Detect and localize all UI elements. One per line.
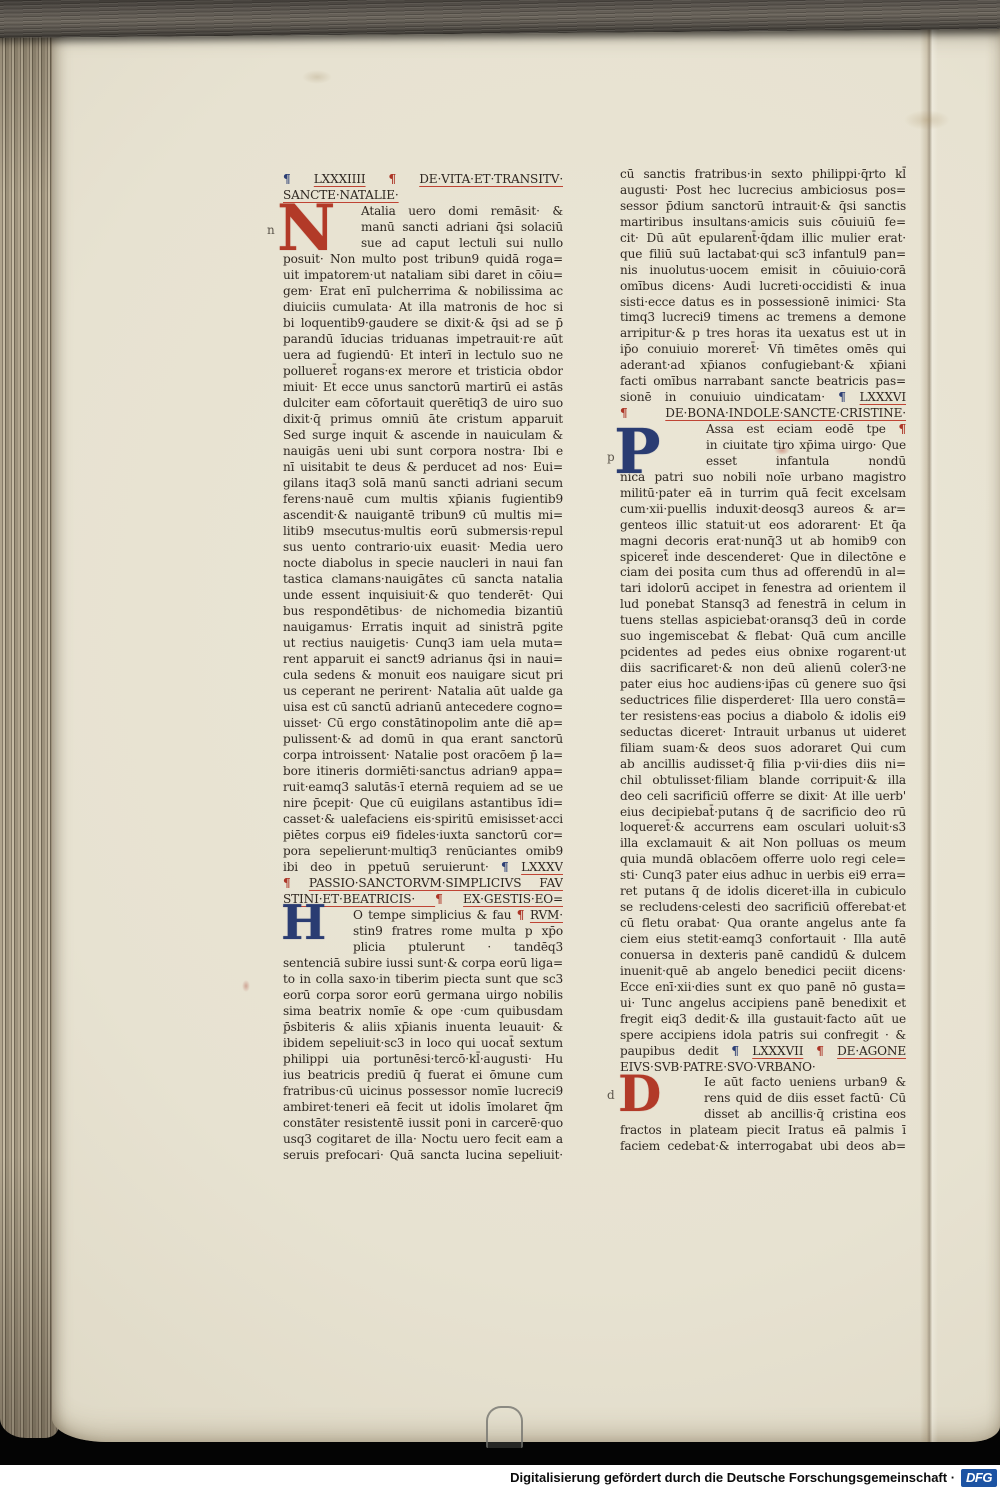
text-segment: fregit eiq3 dedit·& illa gustauit·facto …	[620, 1012, 906, 1026]
text-line: uisa est cū sanctū adrianū antecedere co…	[283, 699, 563, 715]
text-line: Sed surge inquit & ascende in nauiculam …	[283, 427, 563, 443]
text-segment: seruis prefocari· Quā sancta lucina sepe…	[283, 1148, 563, 1162]
text-line: martiribus insultans·amicis suis cōuiuiū…	[620, 214, 906, 230]
text-line: genteos illic statuit·ut eos adorarent· …	[620, 517, 906, 533]
text-segment: esset infantula nondū annorū·xii·u=	[706, 454, 906, 469]
text-segment: miuit· Et ecce unus sanctorū martirū ei …	[283, 380, 563, 394]
text-line: fregit eiq3 dedit·& illa gustauit·facto …	[620, 1011, 906, 1027]
text-line: ut rectius nauigetis· Cunq3 iam uela mut…	[283, 635, 563, 651]
text-segment: arripitur·& p tres horas ita uexatus est…	[620, 326, 906, 340]
text-line: spiceret̄ inde descenderet· Que in dilec…	[620, 549, 906, 565]
text-line: spere accipiens idola patris sui confreg…	[620, 1027, 906, 1043]
text-segment: spere accipiens idola patris sui confreg…	[620, 1028, 906, 1042]
text-segment: gilans itaq3 solā manū sancti adriani se…	[283, 476, 563, 490]
text-segment: in ciuitate tiro xp̄ima uirgo· Que dū	[706, 438, 906, 453]
text-segment: sue ad caput lectuli sui nullo sciēte re…	[361, 236, 563, 251]
text-segment: sus uento contrario·uix euasit· Media ue…	[283, 540, 563, 554]
text-line: magni decoris erat·nunq̄3 ut ab homib9 c…	[620, 533, 906, 549]
text-segment: militū·pater eā in turrim quā fecit exce…	[620, 486, 906, 500]
text-line: nauigamus· Erratis inquit ad sinistrā pg…	[283, 619, 563, 635]
text-line: ibidem sepeliuit·sc3 in loco qui uocat̄ …	[283, 1035, 563, 1051]
text-line: gem· Erat enī pulcherrima & nobilissima …	[283, 283, 563, 299]
text-column-right: P p D d cū sanctis fratribus·in sexto ph…	[620, 166, 906, 1154]
text-line: ¶ PASSIO·SANCTORVM·SIMPLICIVS FAV	[283, 875, 563, 891]
text-segment: timq3 lucreci9 timens ac tremens a demon…	[620, 310, 906, 324]
text-line: pcidentes ad pedes eius obnixe rogarent·…	[620, 644, 906, 660]
text-segment: ut rectius nauigetis· Cunq3 iam uela mut…	[283, 636, 563, 650]
text-segment: bi loquentib9·gaudere se dixit·& q̄si ad…	[283, 316, 563, 330]
text-line: paupibus dedit ¶ LXXXVII ¶ DE·AGONE	[620, 1043, 906, 1059]
text-segment: ibi deo in ppetuū seruierunt·	[283, 860, 501, 874]
paper-stain	[904, 110, 950, 130]
text-line: sisti·ecce datus es in possessionē inimi…	[620, 294, 906, 310]
text-line: illa exclamauit & ait Non polluas os meu…	[620, 835, 906, 851]
text-line: EIVS·SVB·PATRE·SVO·VRBANO·	[620, 1059, 906, 1075]
text-segment: faciem cedebat·& interrogabat ubi deos a…	[620, 1139, 906, 1153]
text-segment: sima beatrix nomīe & ope ·cum quibusdam	[283, 1004, 563, 1018]
text-segment: aderant·ad xp̄ianos confugiebant·& xp̄ia…	[620, 358, 906, 372]
text-segment: tari idolorū accipet in fenestra ad orie…	[620, 581, 906, 595]
text-line: rens quid de diis esset factū· Cū au	[620, 1090, 906, 1106]
text-line: ius beatricis prediū q̄ fuerat ei ōmune …	[283, 1067, 563, 1083]
gutter-crease	[920, 28, 938, 1442]
text-line: ascendit·& nauigantē tribun9 cū multis m…	[283, 507, 563, 523]
text-line: bore itineris dormiēti·sanctus adrian9 a…	[283, 763, 563, 779]
text-segment: pater eius hoc audiens·ip̄as cū genere s…	[620, 677, 906, 691]
text-segment: suo ingemiscebat & flebat· Quā cum ancil…	[620, 629, 906, 643]
text-segment: ascendit·& nauigantē tribun9 cū multis m…	[283, 508, 563, 522]
digitization-credit-text: Digitalisierung gefördert durch die Deut…	[510, 1470, 955, 1485]
text-segment: lud ponebat Stansq3 ad fenestrā in celum…	[620, 597, 906, 611]
text-line: gilans itaq3 solā manū sancti adriani se…	[283, 475, 563, 491]
text-line: eorū corpa soror eorū germana uirgo nobi…	[283, 987, 563, 1003]
pilcrow-mark: ¶	[838, 390, 859, 404]
text-line: arripitur·& p tres horas ita uexatus est…	[620, 325, 906, 341]
text-segment: chil obtulisset·filiam blande corripuit·…	[620, 773, 906, 787]
text-segment: us ceperant ne perirent· Natalia aūt ual…	[283, 684, 563, 698]
text-segment: ruit·eamq3 salutās·ī eternā requiem ad s…	[283, 780, 563, 794]
text-segment: uisset· Cū ergo constātinopolim ante diē…	[283, 716, 563, 730]
guide-letter-p: p	[607, 450, 615, 464]
text-segment: loqueret̄·& accurrens eam osculari uolui…	[620, 820, 906, 834]
text-segment: stin9 fratres rome multa p xp̄o sup=	[353, 924, 563, 939]
guide-letter-d: d	[607, 1088, 615, 1102]
text-line: casset·& ualefaciens eis·spiritū emisiss…	[283, 811, 563, 827]
text-line: bi loquentib9·gaudere se dixit·& q̄si ad…	[283, 315, 563, 331]
text-line: suo ingemiscebat & flebat· Quā cum ancil…	[620, 628, 906, 644]
text-line: Ie aūt facto ueniens urban9 & que=	[620, 1074, 906, 1090]
text-segment: to in colla saxo·in tiberim piecta sunt …	[283, 972, 563, 986]
text-segment: pulissent·& ad domū in qua erant sanctor…	[283, 732, 563, 746]
text-segment: ciam dei posita cum thus ad offerendū in…	[620, 565, 906, 579]
text-line: que filiū suū lactabat·qui sc3 infantul9…	[620, 246, 906, 262]
text-line: quia mundā oblacōem offerre uolo regi ce…	[620, 851, 906, 867]
text-line: ¶ DE·BONA·INDOLE·SANCTE·CRISTINE·	[620, 405, 906, 421]
text-line: ferens·nauē cum multis xp̄ianis fugienti…	[283, 491, 563, 507]
text-line: cū fletu orabat· Qua orante angelus ante…	[620, 915, 906, 931]
text-segment: seductas diceret· Intrauit urbanus ut ui…	[620, 725, 906, 739]
text-line: rent apparuit ei sanct9 adrianus q̄si in…	[283, 651, 563, 667]
text-segment: nis inuolutus·uocem emisit in cōuiuio·co…	[620, 263, 906, 277]
text-segment: sionē in conuiuio uindicatam·	[620, 390, 838, 404]
text-line: sus uento contrario·uix euasit· Media ue…	[283, 539, 563, 555]
text-segment: ret putans q̄ de idolis diceret·illa in …	[620, 884, 906, 898]
text-line: ciem eius stetit·eamq3 confortauit · Ill…	[620, 931, 906, 947]
text-line: philippi uia portunēsi·tercō·kl̄·augusti…	[283, 1051, 563, 1067]
text-segment: inuenit·quē ab angelo benedici peciit di…	[620, 964, 906, 978]
text-segment: deo celi sacrificiū offerre se dixit· At…	[620, 789, 906, 803]
text-line: tuens stellas aspiciebat·oransq3 deū in …	[620, 612, 906, 628]
text-segment: bore itineris dormiēti·sanctus adrian9 a…	[283, 764, 563, 778]
text-line: usq3 cogitaret de illa· Noctu uero fecit…	[283, 1131, 563, 1147]
text-segment: cū fletu orabat· Qua orante angelus ante…	[620, 916, 906, 930]
text-segment: cula sedens & monuit eos nauigare sicut …	[283, 668, 563, 682]
text-segment: rent apparuit ei sanct9 adrianus q̄si in…	[283, 652, 563, 666]
text-segment: Atalia uero domi remāsit· & habens	[361, 204, 563, 219]
text-segment: diis sacrificaret·& non deū alienū coler…	[620, 661, 906, 675]
text-line: eius decipiebat̄·putans q̄ de sacrificio…	[620, 804, 906, 820]
text-line: litib9 msecutus·multis eorū submersis·re…	[283, 523, 563, 539]
text-line: pora sepelierunt·multiq3 renūciantes omi…	[283, 843, 563, 859]
text-segment: illa exclamauit & ait Non polluas os meu…	[620, 836, 906, 850]
text-line: disset ab ancillis·q̄ cristina eos con=	[620, 1106, 906, 1122]
pilcrow-mark: ¶	[283, 172, 314, 186]
text-segment: nauigamus· Erratis inquit ad sinistrā pg…	[283, 620, 563, 634]
text-segment: eorū corpa soror eorū germana uirgo nobi…	[283, 988, 563, 1002]
text-line: timq3 lucreci9 timens ac tremens a demon…	[620, 309, 906, 325]
text-line: ciam dei posita cum thus ad offerendū in…	[620, 564, 906, 580]
text-line: sti· Cunq3 pater eius adhuc in uerbis ei…	[620, 867, 906, 883]
text-line: filiam suam·& deos suos adoraret Qui cum	[620, 740, 906, 756]
text-segment: Ie aūt facto ueniens urban9 & que=	[704, 1075, 906, 1090]
text-segment: sessor p̄dium sanctorū intrauit·& q̄si s…	[620, 199, 906, 213]
text-segment: cū sanctis fratribus·in sexto philippi·q…	[620, 167, 906, 181]
text-line: se recludens·celesti deo sacrificiū offe…	[620, 899, 906, 915]
text-line: cit· Dū aūt epularent̄·q̄dam illic mulie…	[620, 230, 906, 246]
text-line: ip̄o conuiuio moreret̄· Vn̄ timētes omēs…	[620, 341, 906, 357]
text-line: unde essent inquisiuit·& quo tenderēt· Q…	[283, 587, 563, 603]
text-column-left: N n H ¶ LXXXIIII ¶ DE·VITA·ET·TRANSITV·S…	[283, 171, 563, 1163]
text-segment: ab ancillis audisset·q̄ filia p·vii·dies…	[620, 757, 906, 771]
text-segment: p̄sbiteris & aliis xp̄ianis inuenta leua…	[283, 1020, 563, 1034]
initial-letter-P: P	[614, 418, 660, 486]
text-segment: sti· Cunq3 pater eius adhuc in uerbis ei…	[620, 868, 906, 882]
text-line: ab ancillis audisset·q̄ filia p·vii·dies…	[620, 756, 906, 772]
text-segment: ciem eius stetit·eamq3 confortauit · Ill…	[620, 932, 906, 946]
text-line: p̄sbiteris & aliis xp̄ianis inuenta leua…	[283, 1019, 563, 1035]
manuscript-page: N n H ¶ LXXXIIII ¶ DE·VITA·ET·TRANSITV·S…	[52, 28, 1000, 1442]
text-line: deo celi sacrificiū offerre se dixit· At…	[620, 788, 906, 804]
initial-letter-H: H	[281, 897, 326, 949]
text-line: conuersa in dexteris panē candidū & dulc…	[620, 947, 906, 963]
text-line: constāter resistentē iussit poni in carc…	[283, 1115, 563, 1131]
text-line: pater eius hoc audiens·ip̄as cū genere s…	[620, 676, 906, 692]
text-line: faciem cedebat·& interrogabat ubi deos a…	[620, 1138, 906, 1154]
text-segment: ip̄o conuiuio moreret̄· Vn̄ timētes omēs…	[620, 342, 906, 356]
text-segment: litib9 msecutus·multis eorū submersis·re…	[283, 524, 563, 538]
text-segment: PASSIO·SANCTORVM·SIMPLICIVS FAV	[309, 876, 563, 890]
initial-letter-N: N	[277, 201, 335, 257]
scan-background: N n H ¶ LXXXIIII ¶ DE·VITA·ET·TRANSITV·S…	[0, 0, 1000, 1490]
text-line: diuiciis cumulata· At illa matronis de h…	[283, 299, 563, 315]
text-line: cula sedens & monuit eos nauigare sicut …	[283, 667, 563, 683]
text-line: chil obtulisset·filiam blande corripuit·…	[620, 772, 906, 788]
text-line: aderant·ad xp̄ianos confugiebant·& xp̄ia…	[620, 357, 906, 373]
text-line: seruis prefocari· Quā sancta lucina sepe…	[283, 1147, 563, 1163]
text-line: cum·xii·puellis induxit·deosq3 aureos & …	[620, 501, 906, 517]
guide-letter-n: n	[267, 223, 275, 237]
pilcrow-mark: ¶	[517, 908, 530, 922]
text-segment: Assa est eciam eodē tpe	[706, 422, 898, 436]
text-line: ambiret·teneri eā fecit ut idolis īmolar…	[283, 1099, 563, 1115]
text-segment: nocte diabolus in specie naucleri in nau…	[283, 556, 563, 570]
text-line: loqueret̄·& accurrens eam osculari uolui…	[620, 819, 906, 835]
text-line: sionē in conuiuio uindicatam· ¶ LXXXVI	[620, 389, 906, 405]
text-segment: genteos illic statuit·ut eos adorarent· …	[620, 518, 906, 532]
text-segment: fractos in plateam piecit Iratus eā palm…	[620, 1123, 906, 1137]
text-segment: pcidentes ad pedes eius obnixe rogarent·…	[620, 645, 906, 659]
text-line: ret putans q̄ de idolis diceret·illa in …	[620, 883, 906, 899]
text-line: dixit·q̄ primus omniū āte cristum apparu…	[283, 411, 563, 427]
text-segment: uera ad fugiendū· Et interī in lectulo s…	[283, 348, 563, 362]
text-line: cū sanctis fratribus·in sexto philippi·q…	[620, 166, 906, 182]
text-line: nire p̄cepit· Que cū euigilans astantibu…	[283, 795, 563, 811]
footer-credit-bar: Digitalisierung gefördert durch die Deut…	[0, 1465, 1000, 1490]
text-segment: dulciter eam cōfortauit querētiq3 de uir…	[283, 396, 563, 410]
text-segment: se recludens·celesti deo sacrificiū offe…	[620, 900, 906, 914]
text-line: esset infantula nondū annorū·xii·u=	[620, 453, 906, 469]
text-line: uisset· Cū ergo constātinopolim ante diē…	[283, 715, 563, 731]
text-segment: diuiciis cumulata· At illa matronis de h…	[283, 300, 563, 314]
text-line: nis inuolutus·uocem emisit in cōuiuio·co…	[620, 262, 906, 278]
text-segment: ius beatricis prediū q̄ fuerat ei ōmune …	[283, 1068, 563, 1082]
text-segment: conuersa in dexteris panē candidū & dulc…	[620, 948, 906, 962]
text-segment: uisa est cū sanctū adrianū antecedere co…	[283, 700, 563, 714]
text-segment: RVM·	[530, 908, 563, 922]
text-line: ter resistens·eas pocius a diabolo & ido…	[620, 708, 906, 724]
text-segment: omībus dicens· Audi lucreti·occidisti & …	[620, 279, 906, 293]
text-line: uit impatorem·ut nataliam sibi daret in …	[283, 267, 563, 283]
text-line: to in colla saxo·in tiberim piecta sunt …	[283, 971, 563, 987]
pilcrow-mark: ¶	[731, 1044, 752, 1058]
text-segment: pollueret̄ rogans·ex merore et tristicia…	[283, 364, 563, 378]
text-segment: magni decoris erat·nunq̄3 ut ab homib9 c…	[620, 534, 906, 548]
text-segment: LXXXVII	[752, 1044, 803, 1058]
text-line: ruit·eamq3 salutās·ī eternā requiem ad s…	[283, 779, 563, 795]
initial-letter-D: D	[618, 1066, 661, 1122]
text-segment: constāter resistentē iussit poni in carc…	[283, 1116, 563, 1130]
text-segment: manū sancti adriani q̄si solaciū uite	[361, 220, 563, 235]
text-segment: ter resistens·eas pocius a diabolo & ido…	[620, 709, 906, 723]
pilcrow-mark: ¶	[816, 1044, 837, 1058]
text-segment: ui· Tunc angelus accipiens panē benedixi…	[620, 996, 906, 1010]
text-segment: Sed surge inquit & ascende in nauiculam …	[283, 428, 563, 442]
text-line: tastica clamans·nauigātes cū sancta nata…	[283, 571, 563, 587]
text-line: miuit· Et ecce unus sanctorū martirū ei …	[283, 379, 563, 395]
text-segment: disset ab ancillis·q̄ cristina eos con=	[704, 1107, 906, 1122]
paper-stain	[302, 70, 332, 84]
text-segment: gem· Erat enī pulcherrima & nobilissima …	[283, 284, 563, 298]
text-line: augusti· Post hec lucrecius ambiciosus p…	[620, 182, 906, 198]
text-segment: LXXXIIII	[314, 172, 366, 186]
text-segment: pora sepelierunt·multiq3 renūciantes omi…	[283, 844, 563, 858]
text-segment: facti omībus narrabant sancte beatricis …	[620, 374, 906, 388]
text-segment: uit impatorem·ut nataliam sibi daret in …	[283, 268, 563, 282]
pilcrow-mark: ¶	[898, 422, 906, 436]
text-segment: sentenciā subire iussi sunt·& corpa eorū…	[283, 956, 563, 970]
text-segment: unde essent inquisiuit·& quo tenderēt· Q…	[283, 588, 563, 602]
text-line: bus respondētibus· de nichomedia bizanti…	[283, 603, 563, 619]
text-segment: augusti· Post hec lucrecius ambiciosus p…	[620, 183, 906, 197]
text-line: omībus dicens· Audi lucreti·occidisti & …	[620, 278, 906, 294]
text-segment: tastica clamans·nauigātes cū sancta nata…	[283, 572, 563, 586]
text-line: in ciuitate tiro xp̄ima uirgo· Que dū	[620, 437, 906, 453]
text-segment: Ecce enī·xii·dies sunt ex quo panē nō gu…	[620, 980, 906, 994]
text-segment: EX·GESTIS·EO=	[463, 892, 563, 906]
text-segment: nī uisitabit te deus & perducet ad nos· …	[283, 460, 563, 474]
text-line: diis sacrificaret·& non deū alienū coler…	[620, 660, 906, 676]
text-segment: seductrices filie disperderet· Illa uero…	[620, 693, 906, 707]
text-segment: cum·xii·puellis induxit·deosq3 aureos & …	[620, 502, 906, 516]
text-line: ¶ LXXXIIII ¶ DE·VITA·ET·TRANSITV·	[283, 171, 563, 187]
text-line: sima beatrix nomīe & ope ·cum quibusdam	[283, 1003, 563, 1019]
pilcrow-mark: ¶	[283, 876, 309, 890]
text-segment: martiribus insultans·amicis suis cōuiuiū…	[620, 215, 906, 229]
text-segment: ambiret·teneri eā fecit ut idolis īmolar…	[283, 1100, 563, 1114]
text-line: nica patri suo nobili noīe urbano magist…	[620, 469, 906, 485]
text-segment: tuens stellas aspiciebat·oransq3 deū in …	[620, 613, 906, 627]
text-line: Assa est eciam eodē tpe ¶ VIRGINIS	[620, 421, 906, 437]
text-segment: quia mundā oblacōem offerre uolo regi ce…	[620, 852, 906, 866]
text-segment: bus respondētibus· de nichomedia bizanti…	[283, 604, 563, 618]
text-segment: corpa introissent· Natalie post oracōem …	[283, 748, 563, 762]
text-segment: cit· Dū aūt epularent̄·q̄dam illic mulie…	[620, 231, 906, 245]
text-line: seductas diceret· Intrauit urbanus ut ui…	[620, 724, 906, 740]
pilcrow-mark: ¶	[388, 172, 419, 186]
text-line: facti omībus narrabant sancte beatricis …	[620, 373, 906, 389]
text-line: ui· Tunc angelus accipiens panē benedixi…	[620, 995, 906, 1011]
text-segment: DE·BONA·INDOLE·SANCTE·CRISTINE·	[665, 406, 906, 420]
text-line: militū·pater eā in turrim quā fecit exce…	[620, 485, 906, 501]
text-segment	[803, 1044, 816, 1058]
text-line: dulciter eam cōfortauit querētiq3 de uir…	[283, 395, 563, 411]
margin-red-mark	[242, 980, 250, 992]
text-segment	[366, 172, 389, 186]
page-holder-clip	[486, 1406, 523, 1448]
text-line: ibi deo in ppetuū seruierunt· ¶ LXXXV	[283, 859, 563, 875]
text-segment: usq3 cogitaret de illa· Noctu uero fecit…	[283, 1132, 563, 1146]
text-segment: casset·& ualefaciens eis·spiritū emisiss…	[283, 812, 563, 826]
text-segment: O tempe simplicius & fau	[353, 908, 517, 922]
text-line: nī uisitabit te deus & perducet ad nos· …	[283, 459, 563, 475]
text-segment: nica patri suo nobili noīe urbano magist…	[620, 470, 906, 484]
text-line: sessor p̄dium sanctorū intrauit·& q̄si s…	[620, 198, 906, 214]
text-line: inuenit·quē ab angelo benedici peciit di…	[620, 963, 906, 979]
text-segment: rens quid de diis esset factū· Cū au	[704, 1091, 906, 1106]
text-segment: DE·VITA·ET·TRANSITV·	[419, 172, 563, 186]
text-segment: nauigās ueni ubi sunt corpora nostra· Ib…	[283, 444, 563, 458]
text-line: Ecce enī·xii·dies sunt ex quo panē nō gu…	[620, 979, 906, 995]
text-segment: eius decipiebat̄·putans q̄ de sacrificio…	[620, 805, 906, 819]
text-line: pulissent·& ad domū in qua erant sanctor…	[283, 731, 563, 747]
text-line: fratribus·cū uicinus possessor nomīe luc…	[283, 1083, 563, 1099]
text-segment: LXXXV	[521, 860, 563, 874]
text-segment: fratribus·cū uicinus possessor nomīe luc…	[283, 1084, 563, 1098]
text-segment: nire p̄cepit· Que cū euigilans astantibu…	[283, 796, 563, 810]
text-line: lud ponebat Stansq3 ad fenestrā in celum…	[620, 596, 906, 612]
text-segment: filiam suam·& deos suos adoraret Qui cum	[620, 741, 906, 755]
text-segment: piētes corpus ei9 fideles·iuxta sanctorū…	[283, 828, 563, 842]
text-segment: paupibus dedit	[620, 1044, 731, 1058]
text-line: nauigās ueni ubi sunt corpora nostra· Ib…	[283, 443, 563, 459]
text-segment: spiceret̄ inde descenderet· Que in dilec…	[620, 550, 906, 564]
text-line: seductrices filie disperderet· Illa uero…	[620, 692, 906, 708]
text-segment: sisti·ecce datus es in possessionē inimi…	[620, 295, 906, 309]
text-line: corpa introissent· Natalie post oracōem …	[283, 747, 563, 763]
text-segment: LXXXVI	[860, 390, 906, 404]
pilcrow-mark: ¶	[501, 860, 521, 874]
text-line: nocte diabolus in specie naucleri in nau…	[283, 555, 563, 571]
text-segment: DE·AGONE	[837, 1044, 906, 1058]
text-segment: ibidem sepeliuit·sc3 in loco qui uocat̄ …	[283, 1036, 563, 1050]
text-segment: ferens·nauē cum multis xp̄ianis fugienti…	[283, 492, 563, 506]
text-segment: que filiū suū lactabat·qui sc3 infantul9…	[620, 247, 906, 261]
text-line: sentenciā subire iussi sunt·& corpa eorū…	[283, 955, 563, 971]
text-line: fractos in plateam piecit Iratus eā palm…	[620, 1122, 906, 1138]
text-line: pollueret̄ rogans·ex merore et tristicia…	[283, 363, 563, 379]
text-line: uera ad fugiendū· Et interī in lectulo s…	[283, 347, 563, 363]
text-segment: philippi uia portunēsi·tercō·kl̄·augusti…	[283, 1052, 563, 1066]
text-segment: plicia ptulerunt · tandēq3 capitalem	[353, 940, 563, 955]
text-line: piētes corpus ei9 fideles·iuxta sanctorū…	[283, 827, 563, 843]
text-line: parandū īducias triduanas impetrauit·re …	[283, 331, 563, 347]
text-line: us ceperant ne perirent· Natalia aūt ual…	[283, 683, 563, 699]
text-segment: parandū īducias triduanas impetrauit·re …	[283, 332, 563, 346]
book-page-stack-edge	[0, 26, 58, 1438]
text-segment: dixit·q̄ primus omniū āte cristum apparu…	[283, 412, 563, 426]
dfg-logo: DFG	[961, 1469, 997, 1487]
pilcrow-mark: ¶	[435, 892, 463, 906]
text-line: tari idolorū accipet in fenestra ad orie…	[620, 580, 906, 596]
